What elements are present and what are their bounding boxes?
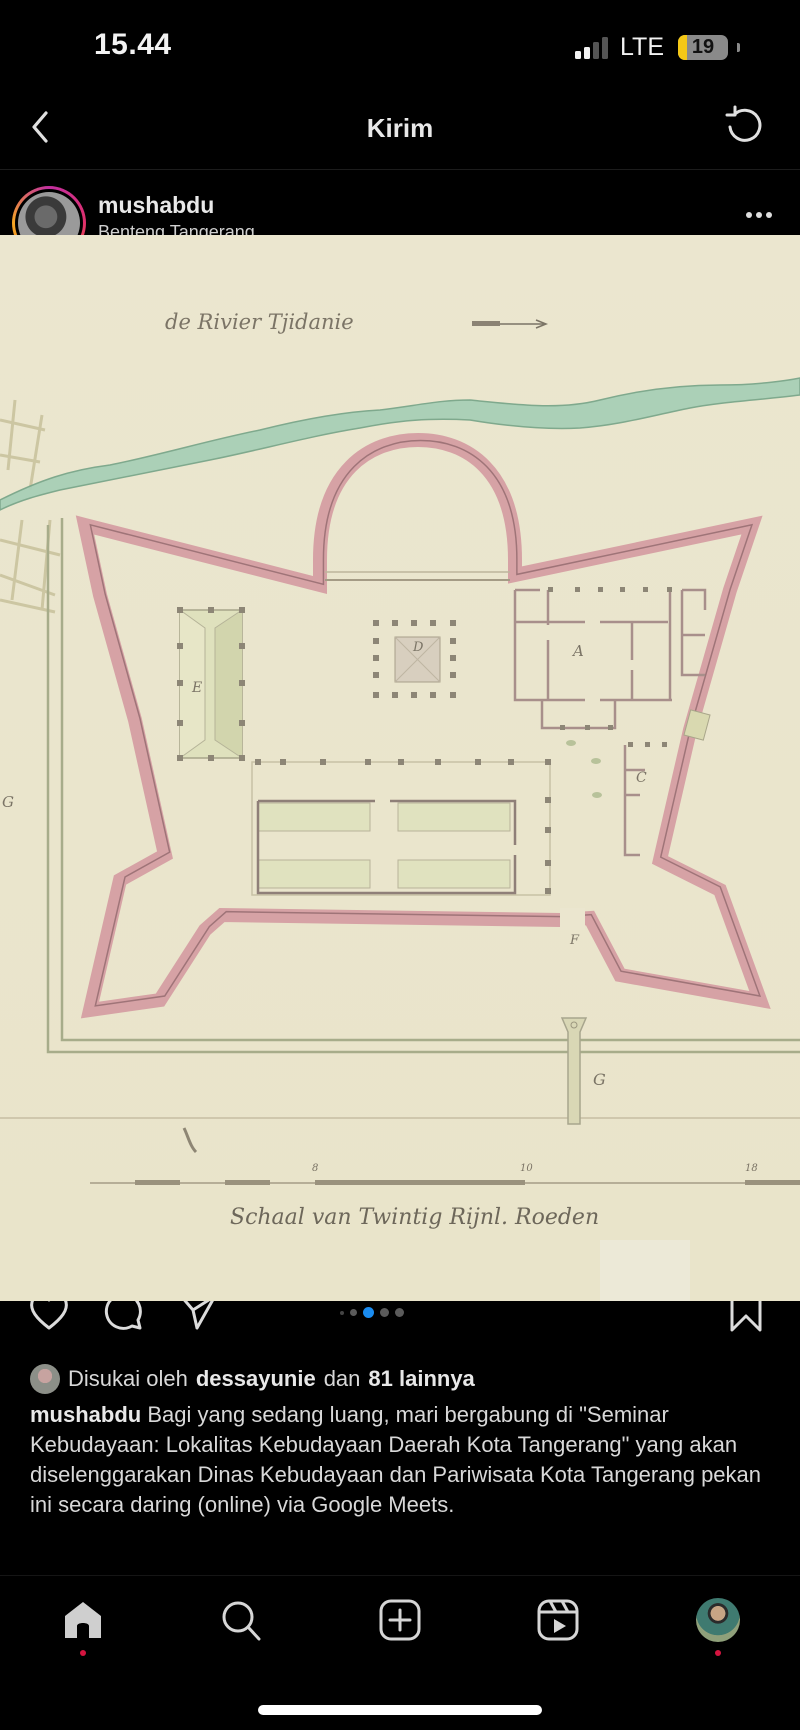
marker-g-left-label: G [2,793,14,811]
refresh-icon [722,105,766,149]
tab-reels[interactable] [528,1598,588,1668]
marker-g-bottom-label: G [593,1070,606,1089]
post-image[interactable]: de Rivier Tjidanie A C D E F G G 8 10 18… [0,235,800,1301]
post-header: mushabdu Benteng Tangerang [0,172,800,236]
post-caption: mushabdu Bagi yang sedang luang, mari be… [30,1400,770,1520]
likes-summary[interactable]: Disukai oleh dessayunie dan 81 lainnya [30,1364,475,1394]
reels-icon [536,1598,580,1642]
scale-tick-1: 8 [312,1163,318,1174]
carousel-dot-active [363,1307,374,1318]
home-indicator[interactable] [258,1705,542,1715]
likes-others-count[interactable]: 81 lainnya [368,1366,474,1392]
status-time: 15.44 [94,28,172,62]
tab-create[interactable] [370,1598,430,1668]
likes-connector: dan [324,1366,361,1392]
battery-nub [737,43,740,52]
gate-f-label: F [570,933,579,948]
tab-home[interactable] [53,1598,113,1668]
home-icon [61,1598,105,1642]
carousel-dot [350,1309,357,1316]
building-c-label: C [636,770,647,786]
building-a-label: A [573,642,584,660]
status-indicators: LTE 19 [575,33,740,62]
building-e-label: E [192,680,202,696]
scale-tick-2: 10 [520,1163,533,1174]
signal-icon [575,37,608,59]
refresh-button[interactable] [722,105,766,149]
tab-profile[interactable] [688,1598,748,1668]
carousel-dot [395,1308,404,1317]
flow-arrow-icon [470,317,550,331]
scale-caption: Schaal van Twintig Rijnl. Roeden [230,1205,599,1230]
more-horizontal-icon [746,212,752,218]
liker-username[interactable]: dessayunie [196,1366,316,1392]
battery-level: 19 [692,36,714,59]
page-title: Kirim [0,113,800,144]
tab-search[interactable] [211,1598,271,1668]
carousel-dot [340,1311,344,1315]
profile-avatar [696,1598,740,1642]
scale-tick-3: 18 [745,1163,758,1174]
nav-header: Kirim [0,95,800,170]
likes-prefix: Disukai oleh [68,1366,188,1392]
liker-avatar [30,1364,60,1394]
carousel-dot [380,1308,389,1317]
network-type: LTE [620,33,664,62]
search-icon [219,1598,263,1642]
building-d-label: D [413,640,423,655]
battery-icon: 19 [678,35,728,60]
plus-square-icon [378,1598,422,1642]
status-bar: 15.44 LTE 19 [0,0,800,95]
profile-notification-dot [715,1650,721,1656]
caption-username[interactable]: mushabdu [30,1402,141,1427]
fort-map-illustration [0,235,800,1301]
carousel-indicator [340,1307,404,1318]
river-label: de Rivier Tjidanie [165,310,354,334]
more-options-button[interactable] [746,212,772,218]
home-notification-dot [80,1650,86,1656]
author-username[interactable]: mushabdu [98,192,214,219]
